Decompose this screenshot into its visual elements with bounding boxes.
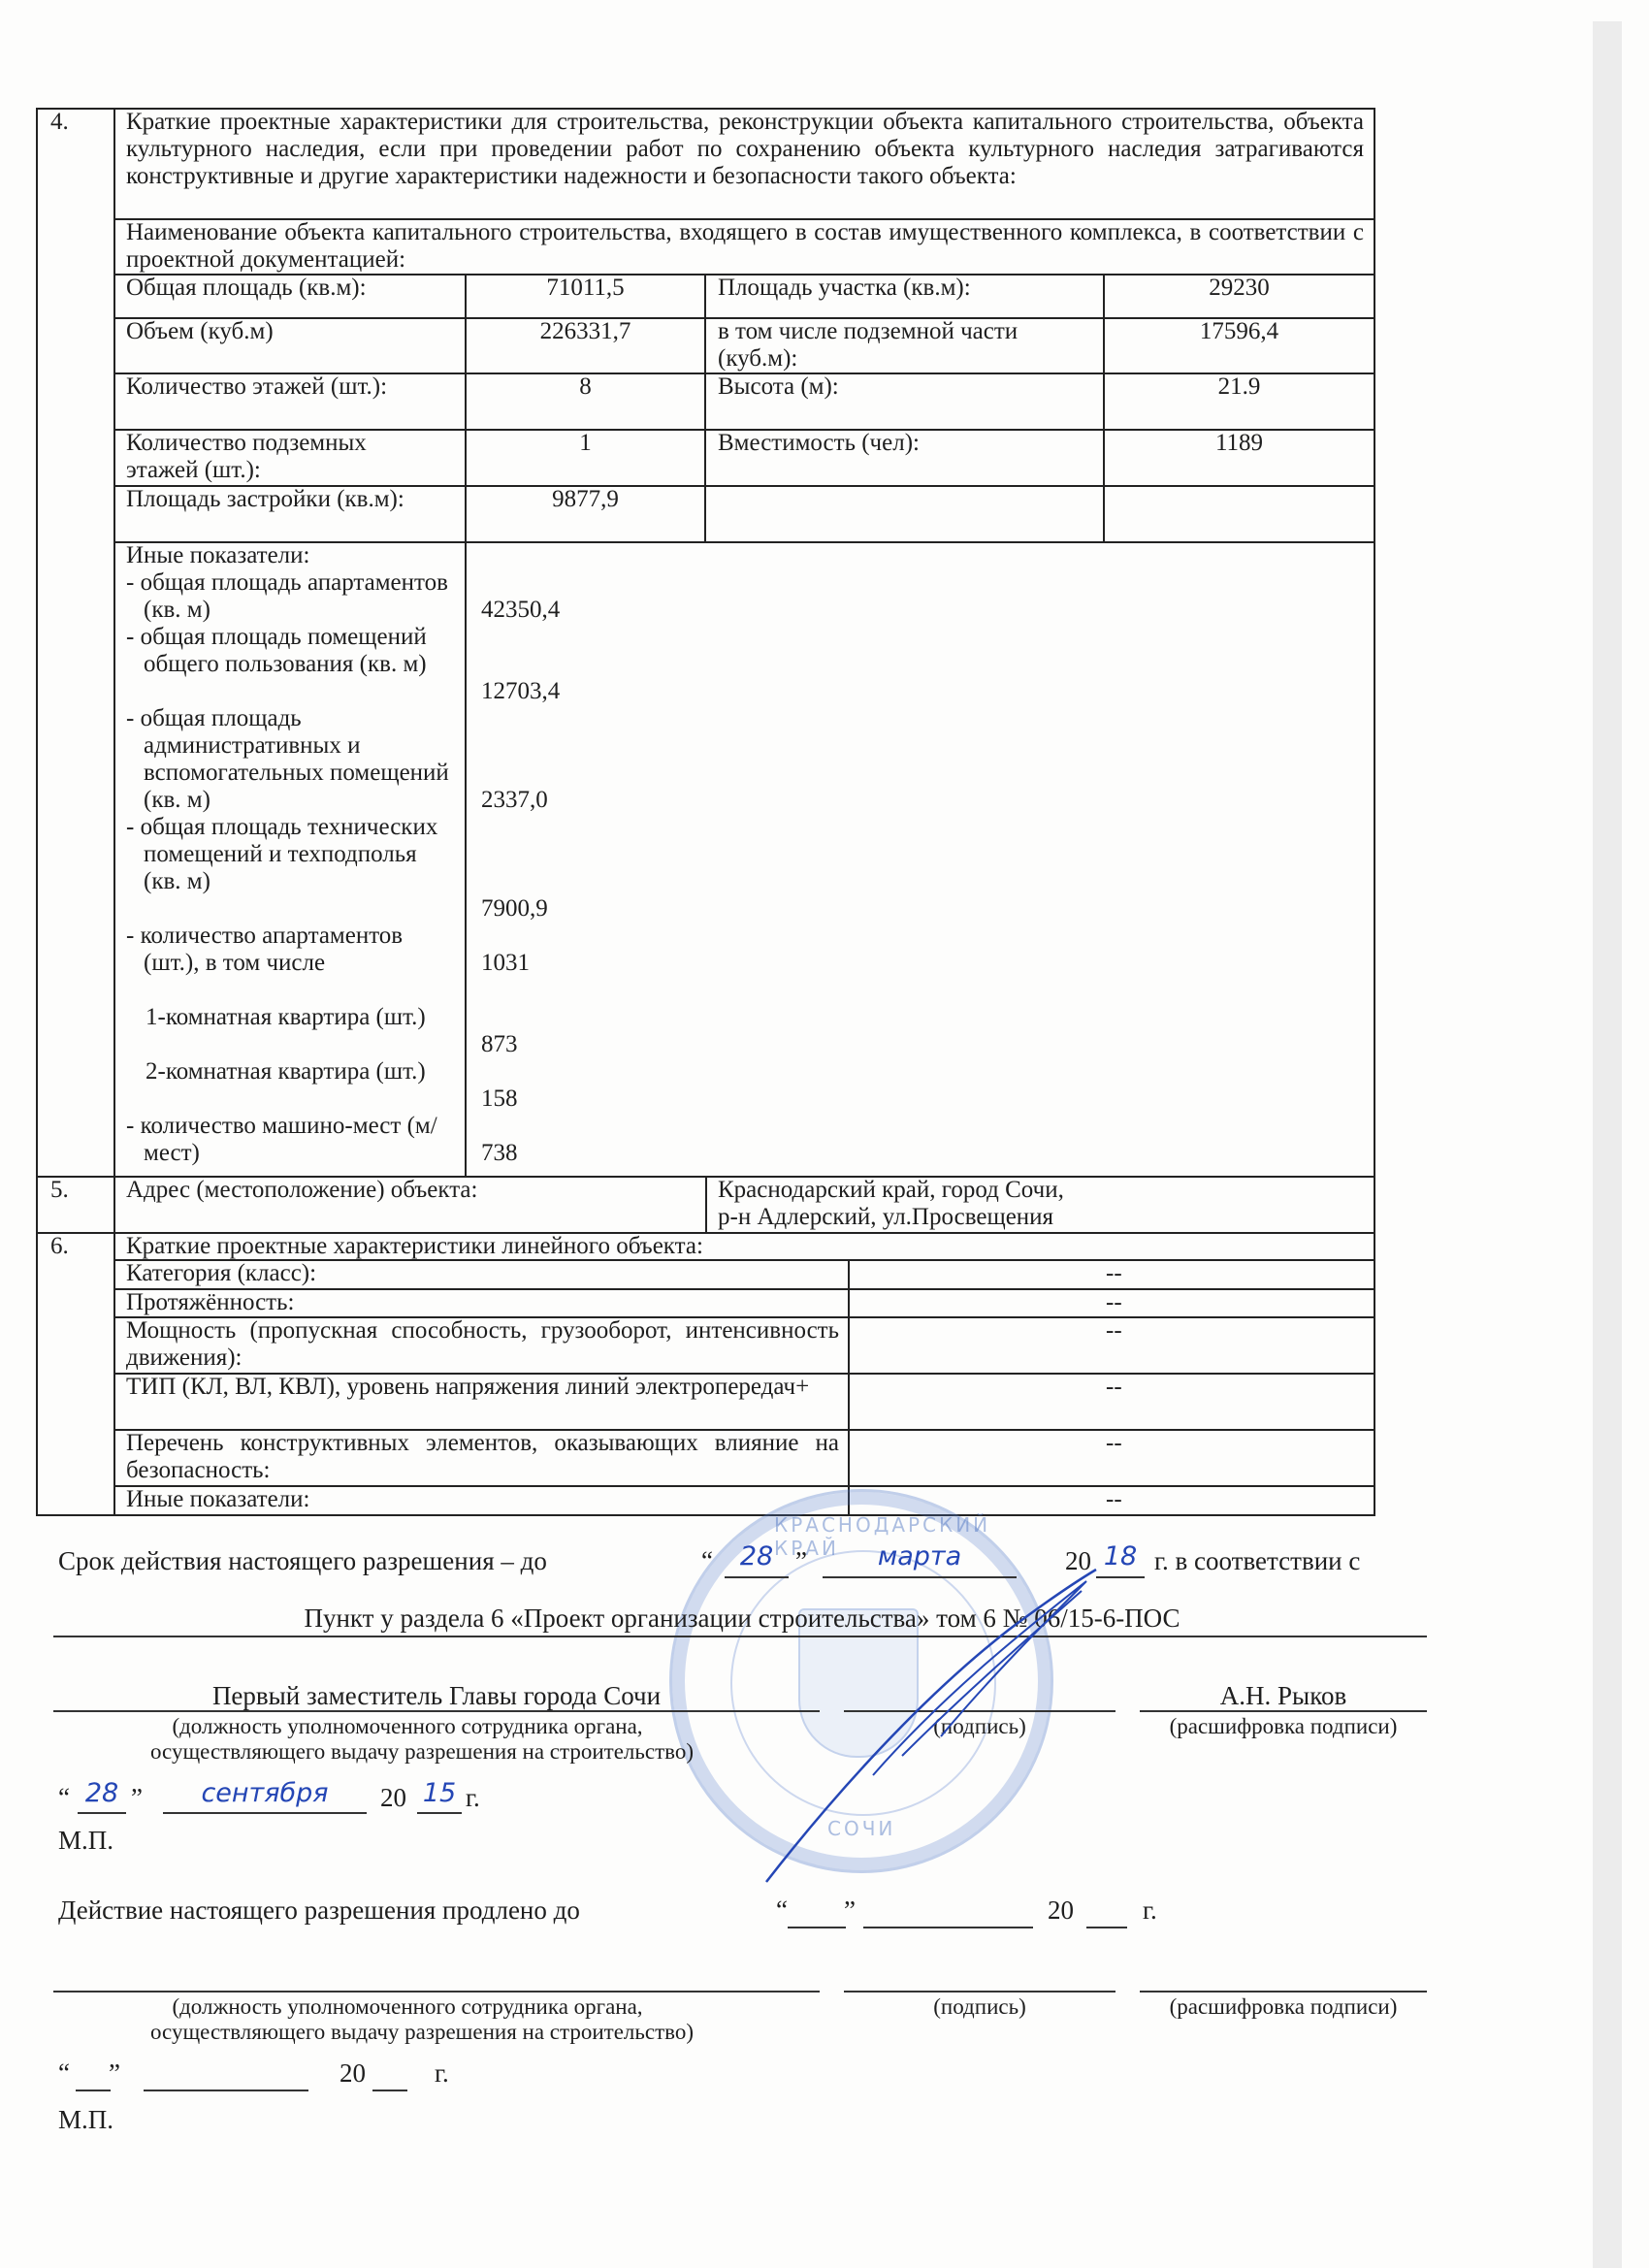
extension-date-year-blank	[372, 2090, 407, 2091]
caption-position-line2: осуществляющего выдачу разрешения на стр…	[53, 1739, 791, 1765]
total-area-value: 71011,5	[467, 275, 704, 302]
underground-floors-label: Количество подземных этажей (шт.):	[126, 430, 436, 484]
building-area-label: Площадь застройки (кв.м):	[126, 486, 417, 513]
indicator-admin-area-label: - общая площадь административных и вспом…	[126, 705, 454, 814]
underground-volume-value: 17596,4	[1105, 318, 1374, 345]
date-suffix: г.	[435, 2058, 449, 2088]
indicator-one-room-value: 873	[481, 1031, 518, 1058]
underline	[78, 1812, 126, 1814]
col-divider	[848, 1259, 850, 1515]
category-label: Категория (класс):	[126, 1260, 316, 1287]
year-prefix: 20	[380, 1783, 406, 1812]
line-type-label: ТИП (КЛ, ВЛ, КВЛ), уровень напряжения ли…	[126, 1374, 839, 1401]
extension-month-blank	[863, 1927, 1033, 1928]
section-number: 6.	[50, 1233, 69, 1260]
validity-suffix: г. в соответствии с	[1154, 1546, 1360, 1575]
extension-signature-line	[844, 1991, 1115, 1993]
col-divider	[465, 274, 467, 1178]
section-number: 5.	[50, 1177, 69, 1204]
indicator-apartments-area-label: - общая площадь апартаментов (кв. м)	[126, 569, 473, 624]
handwritten-signature	[757, 1552, 1164, 1892]
col-divider	[1103, 274, 1105, 542]
extension-name-line	[1140, 1991, 1427, 1993]
building-area-value: 9877,9	[467, 486, 704, 513]
underground-volume-label: в том числе подземной части (куб.м):	[718, 318, 1096, 373]
extension-prefix: Действие настоящего разрешения продлено …	[58, 1895, 580, 1925]
underground-floors-value: 1	[467, 430, 704, 457]
other-linear-value: --	[1106, 1486, 1122, 1513]
length-label: Протяжённость:	[126, 1289, 294, 1316]
extension-caption-position-line1: (должность уполномоченного сотрудника ор…	[53, 1994, 761, 2020]
close-quote: ”	[844, 1895, 856, 1925]
extension-caption-position-line2: осуществляющего выдачу разрешения на стр…	[53, 2020, 791, 2045]
section-number: 4.	[50, 109, 69, 136]
extension-suffix: г.	[1143, 1895, 1157, 1925]
extension-date-month-blank	[144, 2090, 308, 2091]
object-name-label: Наименование объекта капитального строит…	[126, 219, 1364, 274]
length-value: --	[1106, 1289, 1122, 1316]
indicator-one-room-label: 1-комнатная квартира (шт.)	[145, 1004, 436, 1031]
year-prefix: 20	[339, 2058, 366, 2088]
underline	[417, 1812, 462, 1814]
col-divider	[704, 274, 706, 542]
height-label: Высота (м):	[718, 373, 839, 401]
indicator-common-area-label: - общая площадь помещений общего пользов…	[126, 624, 464, 678]
floors-value: 8	[467, 373, 704, 401]
capacity-label: Вместимость (чел):	[718, 430, 920, 457]
open-quote: “	[701, 1546, 713, 1575]
address-line-2: р-н Адлерский, ул.Просвещения	[718, 1204, 1053, 1231]
address-label: Адрес (местоположение) объекта:	[126, 1177, 477, 1204]
table-border-left	[36, 108, 38, 1516]
seal-label: М.П.	[58, 1826, 113, 1855]
validity-prefix: Срок действия настоящего разрешения – до	[58, 1546, 547, 1575]
underline	[163, 1812, 367, 1814]
volume-value: 226331,7	[467, 318, 704, 345]
height-value: 21.9	[1105, 373, 1374, 401]
underline	[53, 1710, 820, 1712]
address-line-1: Краснодарский край, город Сочи,	[718, 1177, 1064, 1204]
extension-caption-signature: (подпись)	[844, 1994, 1115, 2020]
volume-label: Объем (куб.м)	[126, 318, 274, 345]
extension-position-line	[53, 1991, 820, 1993]
indicator-technical-area-value: 7900,9	[481, 895, 548, 923]
underline	[1140, 1710, 1427, 1712]
indicator-common-area-value: 12703,4	[481, 678, 560, 705]
scan-margin-strip	[1593, 21, 1622, 2268]
open-quote: “	[58, 2058, 70, 2088]
linear-object-title: Краткие проектные характеристики линейно…	[126, 1233, 703, 1260]
row-divider	[113, 1288, 1374, 1290]
structural-elements-label: Перечень конструктивных элементов, оказы…	[126, 1430, 839, 1484]
indicator-two-room-value: 158	[481, 1085, 518, 1113]
indicator-parking-value: 738	[481, 1140, 518, 1167]
underline	[53, 1636, 1427, 1637]
issue-month: сентября	[163, 1779, 367, 1808]
total-area-label: Общая площадь (кв.м):	[126, 275, 367, 302]
indicator-parking-label: - количество машино-мест (м/мест)	[126, 1113, 444, 1167]
section-title: Краткие проектные характеристики для стр…	[126, 109, 1364, 190]
category-value: --	[1106, 1260, 1122, 1287]
extension-caption-name: (расшифровка подписи)	[1140, 1994, 1427, 2020]
col-divider	[705, 1176, 707, 1233]
extension-seal-label: М.П.	[58, 2105, 113, 2134]
plot-area-value: 29230	[1105, 275, 1374, 302]
indicator-apartments-count-value: 1031	[481, 950, 530, 977]
indicator-apartments-count-label: - количество апартаментов (шт.), в том ч…	[126, 923, 444, 977]
other-indicators-heading: Иные показатели:	[126, 542, 309, 569]
structural-elements-value: --	[1106, 1430, 1122, 1457]
line-type-value: --	[1106, 1374, 1122, 1401]
open-quote: “	[776, 1895, 788, 1925]
year-prefix: 20	[1048, 1895, 1074, 1925]
signatory-position: Первый заместитель Главы города Сочи	[53, 1681, 820, 1710]
extension-date-day-blank	[76, 2090, 111, 2091]
issue-year: 15	[417, 1779, 462, 1808]
indicator-admin-area-value: 2337,0	[481, 787, 548, 814]
close-quote: ”	[109, 2058, 120, 2088]
floors-label: Количество этажей (шт.):	[126, 373, 456, 401]
capacity-linear-label: Мощность (пропускная способность, грузоо…	[126, 1317, 839, 1372]
close-quote: ”	[131, 1783, 143, 1812]
caption-position-line1: (должность уполномоченного сотрудника ор…	[53, 1714, 761, 1739]
capacity-value: 1189	[1105, 430, 1374, 457]
extension-year-blank	[1086, 1927, 1127, 1928]
signatory-name: А.Н. Рыков	[1140, 1681, 1427, 1710]
caption-name: (расшифровка подписи)	[1140, 1714, 1427, 1739]
indicator-apartments-area-value: 42350,4	[481, 597, 560, 624]
extension-day-blank	[788, 1927, 846, 1928]
open-quote: “	[58, 1783, 70, 1812]
indicator-technical-area-label: - общая площадь технических помещений и …	[126, 814, 444, 895]
plot-area-label: Площадь участка (кв.м):	[718, 275, 971, 302]
capacity-linear-value: --	[1106, 1317, 1122, 1345]
date-suffix: г.	[466, 1783, 480, 1812]
issue-day: 28	[78, 1779, 126, 1808]
table-border-bottom	[36, 1514, 1375, 1516]
indicator-two-room-label: 2-комнатная квартира (шт.)	[145, 1058, 436, 1085]
validity-basis: Пункт у раздела 6 «Проект организации ст…	[58, 1604, 1426, 1633]
other-linear-label: Иные показатели:	[126, 1486, 309, 1513]
